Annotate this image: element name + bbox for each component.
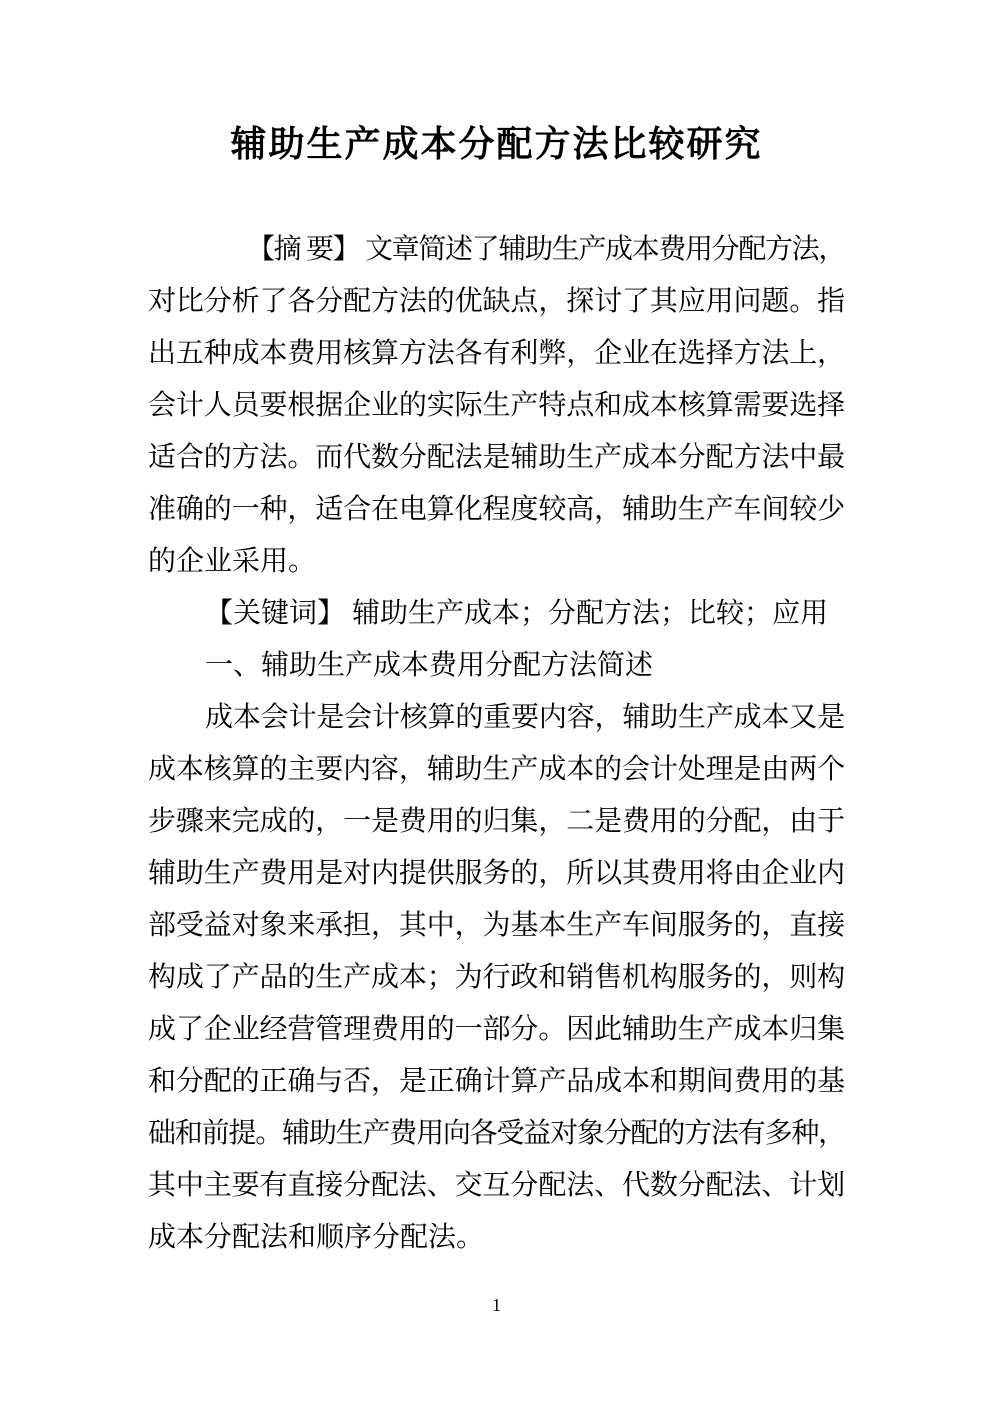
text-line-content: 和分配的正确与否，是正确计算产品成本和期间费用的基: [148, 1066, 845, 1097]
text-line: 会计人员要根据企业的实际生产特点和成本核算需要选择: [148, 380, 845, 432]
text-line: 一、辅助生产成本费用分配方法简述: [148, 640, 845, 692]
text-line: 【关键词】 辅助生产成本；分配方法；比较；应用: [148, 588, 845, 640]
text-line: 构成了产品的生产成本；为行政和销售机构服务的，则构: [148, 952, 845, 1004]
text-line-content: 的企业采用。: [148, 546, 316, 577]
text-line: 辅助生产费用是对内提供服务的，所以其费用将由企业内: [148, 848, 845, 900]
document-body: 【摘 要】 文章简述了辅助生产成本费用分配方法，对比分析了各分配方法的优缺点，探…: [148, 224, 845, 1264]
text-line: 部受益对象来承担，其中，为基本生产车间服务的，直接: [148, 900, 845, 952]
page-number: 1: [0, 1293, 993, 1317]
text-line-content: 【关键词】 辅助生产成本；分配方法；比较；应用: [205, 598, 828, 629]
text-line: 和分配的正确与否，是正确计算产品成本和期间费用的基: [148, 1056, 845, 1108]
text-line-content: 出五种成本费用核算方法各有利弊，企业在选择方法上，: [148, 338, 845, 369]
text-line-content: 一、辅助生产成本费用分配方法简述: [205, 650, 653, 681]
document-page: 辅助生产成本分配方法比较研究 【摘 要】 文章简述了辅助生产成本费用分配方法，对…: [0, 0, 993, 1404]
text-line-content: 成了企业经营管理费用的一部分。因此辅助生产成本归集: [148, 1014, 845, 1045]
text-line-content: 成本分配法和顺序分配法。: [148, 1222, 484, 1253]
text-line-content: 辅助生产费用是对内提供服务的，所以其费用将由企业内: [148, 858, 845, 889]
text-line-content: 适合的方法。而代数分配法是辅助生产成本分配方法中最: [148, 442, 845, 473]
text-line-content: 部受益对象来承担，其中，为基本生产车间服务的，直接: [148, 910, 845, 941]
text-line: 出五种成本费用核算方法各有利弊，企业在选择方法上，: [148, 328, 845, 380]
paragraph-keywords: 【关键词】 辅助生产成本；分配方法；比较；应用: [148, 588, 845, 640]
text-line-content: 构成了产品的生产成本；为行政和销售机构服务的，则构: [148, 962, 845, 993]
text-line: 的企业采用。: [148, 536, 845, 588]
document-title: 辅助生产成本分配方法比较研究: [0, 114, 993, 174]
text-line: 成本分配法和顺序分配法。: [148, 1212, 845, 1264]
text-line-content: 步骤来完成的，一是费用的归集，二是费用的分配，由于: [148, 806, 845, 837]
text-line-content: 础和前提。辅助生产费用向各受益对象分配的方法有多种，: [148, 1118, 845, 1149]
text-line: 其中主要有直接分配法、交互分配法、代数分配法、计划: [148, 1160, 845, 1212]
text-line-content: 对比分析了各分配方法的优缺点，探讨了其应用问题。指: [148, 286, 845, 317]
paragraph-section-1-body: 成本会计是会计核算的重要内容，辅助生产成本又是成本核算的主要内容，辅助生产成本的…: [148, 692, 845, 1264]
text-line-content: 【摘 要】 文章简述了辅助生产成本费用分配方法，: [247, 234, 845, 265]
text-line: 适合的方法。而代数分配法是辅助生产成本分配方法中最: [148, 432, 845, 484]
text-line: 成本会计是会计核算的重要内容，辅助生产成本又是: [148, 692, 845, 744]
text-line-content: 成本核算的主要内容，辅助生产成本的会计处理是由两个: [148, 754, 845, 785]
text-line-content: 成本会计是会计核算的重要内容，辅助生产成本又是: [205, 702, 845, 733]
text-line: 成了企业经营管理费用的一部分。因此辅助生产成本归集: [148, 1004, 845, 1056]
paragraph-abstract: 【摘 要】 文章简述了辅助生产成本费用分配方法，对比分析了各分配方法的优缺点，探…: [148, 224, 845, 588]
text-line: 【摘 要】 文章简述了辅助生产成本费用分配方法，: [148, 224, 845, 276]
text-line-content: 准确的一种，适合在电算化程度较高，辅助生产车间较少: [148, 494, 845, 525]
text-line: 步骤来完成的，一是费用的归集，二是费用的分配，由于: [148, 796, 845, 848]
text-line: 础和前提。辅助生产费用向各受益对象分配的方法有多种，: [148, 1108, 845, 1160]
text-line-content: 会计人员要根据企业的实际生产特点和成本核算需要选择: [148, 390, 845, 421]
text-line: 对比分析了各分配方法的优缺点，探讨了其应用问题。指: [148, 276, 845, 328]
text-line-content: 其中主要有直接分配法、交互分配法、代数分配法、计划: [148, 1170, 845, 1201]
paragraph-section-heading-1: 一、辅助生产成本费用分配方法简述: [148, 640, 845, 692]
text-line: 准确的一种，适合在电算化程度较高，辅助生产车间较少: [148, 484, 845, 536]
text-line: 成本核算的主要内容，辅助生产成本的会计处理是由两个: [148, 744, 845, 796]
